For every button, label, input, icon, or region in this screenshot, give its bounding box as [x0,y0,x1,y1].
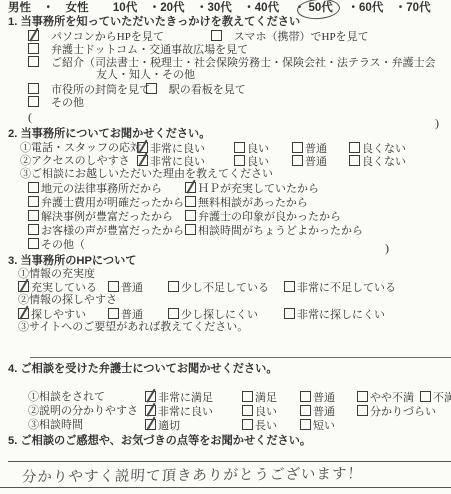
option: 良い [234,142,292,156]
q3-opts-row-2: 探しやすい普通少し探しにくい非常に探しにくい [18,308,385,322]
checkbox[interactable] [137,142,148,153]
checkbox[interactable] [185,224,196,235]
q2-rating-row-2: ②アクセスのしやすさ非常に良い良い普通良くない [20,155,406,169]
checkbox[interactable] [357,405,368,416]
checkbox[interactable] [168,308,179,319]
survey-form: 男性 ・ 女性 10代 ・20代 ・30代 ・40代 ・ 50代 ・60代 ・7… [0,0,451,494]
comment-writing-line[interactable] [8,461,451,462]
option-label: その他 [51,97,84,109]
checkbox-pc-hp[interactable] [28,30,39,41]
checkbox[interactable] [108,281,119,292]
option: 弁護士の印象が良かったから [185,210,341,224]
option: 適切 [145,419,242,433]
checkbox[interactable] [242,405,253,416]
option-label: 良くない [362,156,406,168]
comment-writing-line[interactable] [0,487,451,488]
option-label: 普通 [305,156,327,168]
check-icon [138,153,147,167]
option: 少し探しにくい [168,308,284,322]
option-label: お客様の声が豊富だったから [41,225,184,237]
q1-writein-paren-open: ( [28,111,32,124]
q4-row2-label: ②説明の分かりやすさ [28,405,145,418]
checkbox-bengoshi-dotcom[interactable] [28,43,39,54]
option: 短い [300,419,335,433]
checkbox[interactable] [300,391,311,402]
checkbox[interactable] [300,405,311,416]
option-label: 少し不足している [181,282,269,294]
option: 充実している [18,281,108,295]
gender-options: 男性 ・ 女性 [8,2,89,14]
option: 良い [242,405,300,419]
option-label: 満足 [255,392,277,404]
option: 良い [234,155,292,169]
option: やや不満 [357,391,420,405]
option-label: 良い [255,406,277,418]
option-label: 駅の看板を見て [169,84,246,96]
checkbox[interactable] [185,182,196,193]
option-label: スマホ（携帯）でHPを見て [234,31,369,43]
option: 解決事例が豊富だったから [28,210,185,224]
checkbox[interactable] [284,308,295,319]
check-icon [19,306,28,320]
q1-writein-paren-close: ) [435,117,439,130]
checkbox[interactable] [349,155,360,166]
checkbox[interactable] [292,155,303,166]
option-label: 弁護士費用が明確だったから [41,197,184,209]
checkbox-city-envelope[interactable] [28,83,39,94]
q3-opts-row-1: 充実している普通少し不足している非常に不足している [18,281,396,295]
option-label: 無料相談があったから [198,197,308,209]
option-label: やや不満 [370,392,414,404]
option: 満足 [242,391,300,405]
option-station-sign: 駅の看板を見て [146,83,246,97]
option: 非常に満足 [145,391,242,405]
option-label: 普通 [305,143,327,155]
option-label: 弁護士ドットコム・交通事故広場を見て [51,44,248,56]
option: ＨＰが充実していたから [185,182,319,196]
checkbox[interactable] [284,281,295,292]
checkbox[interactable] [145,419,156,430]
option-label: 普通 [313,392,335,404]
checkbox[interactable] [28,210,39,221]
option-label: パソコンからHPを見て [51,31,164,43]
option-label: 非常に不足している [297,282,396,294]
q2-reason-row-1: 地元の法律事務所だからＨＰが充実していたから [28,182,319,196]
option-label: 短い [313,420,335,432]
q1-row-5: その他 [28,96,84,110]
option: 探しやすい [18,308,108,322]
check-icon [138,140,147,154]
q2-title: 2. 当事務所についてお聞かせください。 [8,128,210,141]
option-referral: ご紹介（司法書士・税理士・社会保険労務士・保険会社・法テラス・弁護士会 [28,56,436,70]
option-label: その他（ [41,239,85,251]
option-label: 地元の法律事務所だから [41,183,162,195]
q2-item2-label: ②アクセスのしやすさ [20,155,137,168]
option-label: 市役所の封筒を見て [51,84,150,96]
option: 普通 [300,391,357,405]
q3-sub3: ③サイトへのご要望があれば教えてください。 [18,321,248,334]
checkbox[interactable] [145,391,156,402]
checkbox[interactable] [292,142,303,153]
option: 普通 [292,142,349,156]
option-label: 非常に満足 [158,392,213,404]
option: 非常に良い [137,155,234,169]
option: 非常に良い [145,405,242,419]
option: 相談時間がちょうどよかったから [185,224,363,238]
option-label: 弁護士の印象が良かったから [198,211,341,223]
option: 非常に探しにくい [284,308,385,322]
checkbox[interactable] [185,210,196,221]
check-icon [29,28,38,42]
option: 普通 [108,281,168,295]
checkbox[interactable] [28,182,39,193]
age-options-pre: 10代 ・20代 ・30代 ・40代 [113,2,291,14]
q4-row1-label: ①相談をされて [28,391,145,404]
checkbox[interactable] [28,238,39,249]
check-icon [19,279,28,293]
demographics-row: 男性 ・ 女性 10代 ・20代 ・30代 ・40代 ・ 50代 ・60代 ・7… [8,2,431,15]
checkbox[interactable] [357,391,368,402]
q4-rating-row-3: ③相談時間適切長い短い [28,419,335,433]
option: 普通 [300,405,357,419]
checkbox[interactable] [137,155,148,166]
circle-annotation-icon [297,0,341,20]
option-label: 非常に良い [150,156,205,168]
option-label: 非常に良い [158,406,213,418]
q1-row-1: パソコンからHPを見て スマホ（携帯）でHPを見て [28,30,369,44]
checkbox[interactable] [28,224,39,235]
option-label: 充実している [31,282,97,294]
q3-sub2: ②情報の探しやすさ [18,294,117,307]
check-icon [186,180,195,194]
section-divider [30,357,451,358]
checkbox[interactable] [300,419,311,430]
option: 長い [242,419,300,433]
checkbox[interactable] [145,405,156,416]
option: 弁護士費用が明確だったから [28,196,185,210]
q2-reason-row-2: 弁護士費用が明確だったから無料相談があったから [28,196,308,210]
option-label: ＨＰが充実していたから [198,183,319,195]
checkbox-other[interactable] [28,96,39,107]
q1-title: 1. 当事務所を知っていただいたきっかけを教えてください [8,16,300,29]
q2-writein-paren-close: ) [385,242,389,255]
checkbox-referral[interactable] [28,56,39,67]
checkbox[interactable] [108,308,119,319]
checkbox[interactable] [18,281,29,292]
option-label: ご紹介（司法書士・税理士・社会保険労務士・保険会社・法テラス・弁護士会 [51,57,436,69]
option: 地元の法律事務所だから [28,182,185,196]
q2-reason-row-5: その他（ [28,238,85,252]
option: 不満 [420,391,451,405]
option-label: 適切 [158,420,180,432]
option-label: 良くない [362,143,406,155]
checkbox[interactable] [242,419,253,430]
q2-reason-row-4: お客様の声が豊富だったから相談時間がちょうどよかったから [28,224,363,238]
option-label: 普通 [121,282,143,294]
checkbox-smartphone-hp[interactable] [211,30,222,41]
checkbox[interactable] [234,155,245,166]
q1-row-4: 市役所の封筒を見て 駅の看板を見て [28,83,246,97]
q2-rating-row-1: ①電話・スタッフの応対非常に良い良い普通良くない [20,142,406,156]
option: 普通 [292,155,349,169]
option-label: 探しやすい [31,309,86,321]
option-label: 相談時間がちょうどよかったから [198,225,363,237]
option-smartphone-hp: スマホ（携帯）でHPを見て [211,30,369,44]
option-bengoshi-dotcom: 弁護士ドットコム・交通事故広場を見て [28,43,248,57]
option-label: 普通 [313,406,335,418]
q5-title: 5. ご相談のご感想や、お気づきの点等をお聞かせください。 [8,435,311,448]
q4-row3-label: ③相談時間 [28,419,145,432]
option-label: 長い [255,420,277,432]
age-options-post: ・60代 ・70代 [336,2,431,14]
checkbox[interactable] [242,391,253,402]
checkbox[interactable] [168,281,179,292]
q2-reason-row-3: 解決事例が豊富だったから弁護士の印象が良かったから [28,210,341,224]
option-label: 非常に良い [150,143,205,155]
q4-rating-row-1: ①相談をされて非常に満足満足普通やや不満不満 [28,391,451,405]
option-label: 解決事例が豊富だったから [41,211,173,223]
option: 普通 [108,308,168,322]
checkbox[interactable] [420,391,431,402]
option: 少し不足している [168,281,284,295]
q1-row-2: 弁護士ドットコム・交通事故広場を見て [28,43,248,57]
handwritten-comment: 分かりやすく説明て頂きありがとうございます！ [21,462,363,487]
option-label: 非常に探しにくい [297,309,385,321]
check-icon [146,403,155,417]
option-other: その他（ [28,238,85,252]
check-icon [146,417,155,431]
option-label: 少し探しにくい [181,309,258,321]
checkbox[interactable] [28,196,39,207]
option-label: 良い [247,143,269,155]
checkbox[interactable] [185,196,196,207]
checkbox-station-sign[interactable] [146,83,157,94]
q1-row-3: ご紹介（司法書士・税理士・社会保険労務士・保険会社・法テラス・弁護士会 [28,56,436,70]
q3-sub1: ①情報の充実度 [18,268,95,281]
option: 良くない [349,155,406,169]
option-label: 普通 [121,309,143,321]
option: 無料相談があったから [185,196,308,210]
checkbox[interactable] [18,308,29,319]
q2-item1-label: ①電話・スタッフの応対 [20,142,137,155]
option-pc-hp: パソコンからHPを見て [28,30,208,44]
age-selected: 50代 [308,2,332,15]
option: お客様の声が豊富だったから [28,224,185,238]
option-label: 良い [247,156,269,168]
q4-title: 4. ご相談を受けた弁護士についてお聞かせください。 [8,363,278,376]
check-icon [146,389,155,403]
q3-title: 3. 当事務所のHPについて [8,255,136,268]
option-label: 不満 [433,392,451,404]
q1-referral-continued: 友人・知人・その他 [96,69,195,82]
checkbox[interactable] [349,142,360,153]
checkbox[interactable] [234,142,245,153]
q2-item3-title: ③ご相談にお越しいただいた理由を教えてください [20,168,273,181]
q4-rating-row-2: ②説明の分かりやすさ非常に良い良い普通分かりづらい [28,405,436,419]
option: 良くない [349,142,406,156]
option: 非常に不足している [284,281,396,295]
option: 分かりづらい [357,405,436,419]
option-other: その他 [28,96,84,110]
option-label: 分かりづらい [370,406,436,418]
option-city-envelope: 市役所の封筒を見て [28,83,143,97]
option: 非常に良い [137,142,234,156]
